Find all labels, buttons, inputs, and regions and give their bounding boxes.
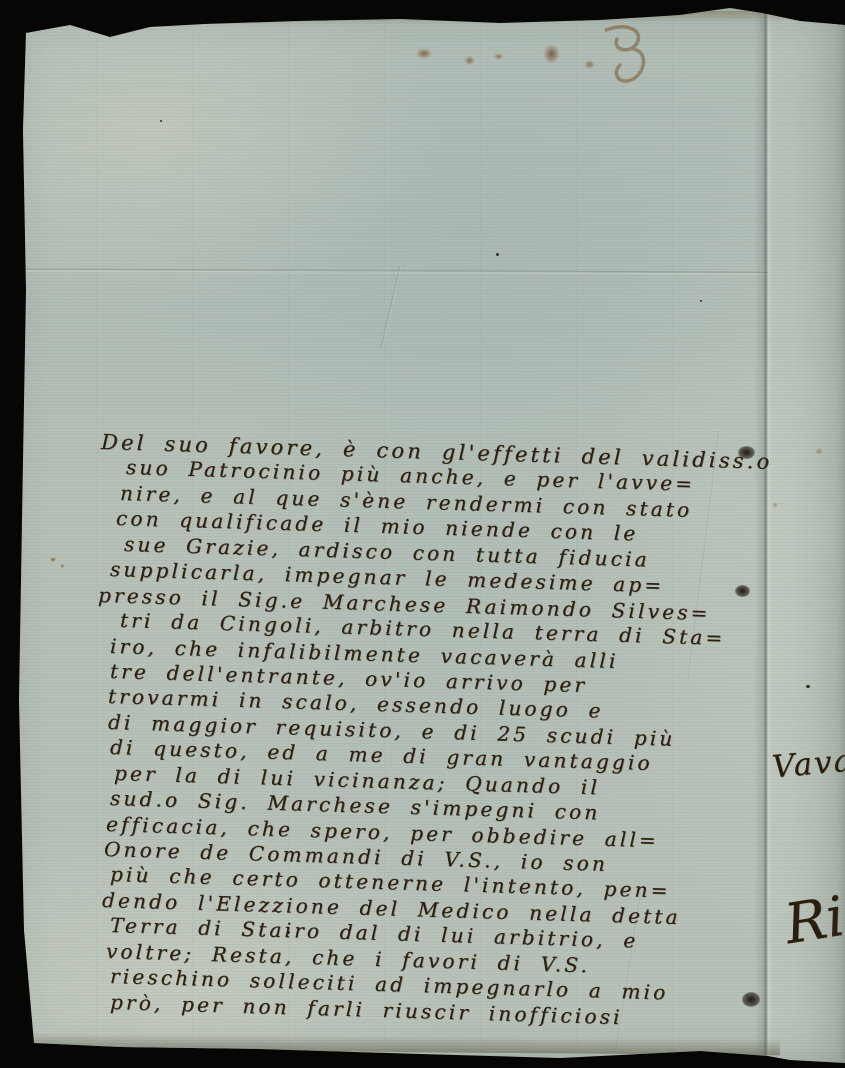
photo-background: Del suo favore, è con gl'effetti del val… [0,0,845,1068]
letter-sheet: Del suo favore, è con gl'effetti del val… [0,0,845,1068]
paper-edge-vignette [0,0,845,1068]
